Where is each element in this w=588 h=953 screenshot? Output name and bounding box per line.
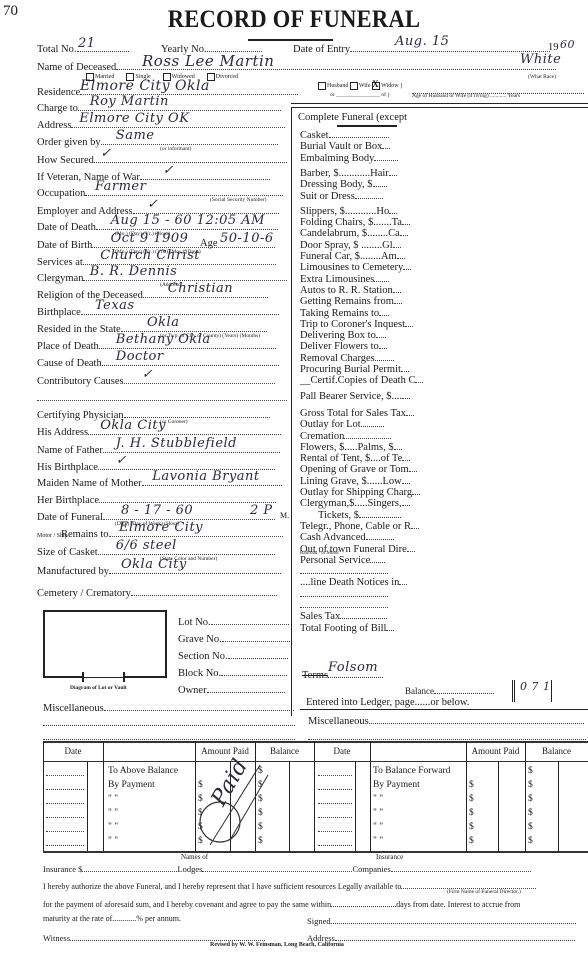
balance-currency[interactable]: $ (528, 808, 533, 818)
field-value[interactable]: Elmore City OK (79, 111, 189, 126)
field-label: Size of Casket (37, 547, 98, 558)
ledger-right-row-label[interactable]: " " (373, 808, 383, 818)
field-value[interactable]: Okla City (100, 418, 166, 433)
firm-caption: (Firm Name of Funeral Director.) (447, 889, 521, 895)
charge-item[interactable]: Total Footing of Bill (300, 621, 394, 635)
diagram-caption: Diagram of Lot or Vault (70, 685, 127, 691)
ledger-left-row-label[interactable]: " " (108, 808, 118, 818)
header-divider (291, 103, 588, 104)
date-entry-year-value[interactable]: 60 (560, 38, 575, 51)
col-rule (355, 761, 356, 851)
insurance-line[interactable]: Insurance $LodgesCompanies (43, 862, 531, 874)
charge-item-label: Pall Bearer Service, $.... (300, 391, 402, 402)
deceased-name-label: Name of Deceased (37, 62, 116, 73)
amount-currency[interactable]: $ (469, 794, 474, 804)
total-no-value[interactable]: 21 (78, 36, 96, 51)
diagram-leg (123, 672, 125, 682)
ledger-divider (300, 709, 588, 710)
col-date-right: Date (314, 746, 370, 756)
amount-currency[interactable]: $ (469, 780, 474, 790)
field-value[interactable]: Christian (168, 281, 233, 296)
field-value[interactable]: B. R. Dennis (90, 264, 178, 279)
ledger-header-rule (43, 761, 588, 762)
railroad-prefix: Railroad / or Motor (300, 551, 339, 556)
checkbox-widow[interactable]: Widow (372, 83, 398, 89)
address-field[interactable]: Address (307, 931, 575, 943)
ledger-right-row-label[interactable]: " " (373, 822, 383, 832)
field-value[interactable]: 6/6 steel (116, 538, 177, 553)
col-rule (498, 761, 499, 851)
field-label: Manufactured by (37, 566, 109, 577)
field-value[interactable]: Aug 15 - 60 12:05 AM (111, 213, 265, 228)
field-value[interactable]: Oct 9 1909 (111, 231, 189, 246)
field-value[interactable]: Elmore City (119, 520, 203, 535)
field-label: His Address (37, 427, 88, 438)
col-balance-right: Balance (525, 746, 588, 756)
field-label: Remains to (61, 529, 109, 540)
ledger-left-row-label[interactable]: " " (108, 822, 118, 832)
field-label: His Birthplace (37, 462, 98, 473)
charge-item-label: __Certif.Copies of Death C (300, 375, 415, 386)
date-cell[interactable] (46, 808, 84, 821)
charge-item-label: Total Footing of Bill (300, 623, 386, 634)
age-label: Age (200, 238, 218, 250)
field-value[interactable]: ✓ (116, 453, 127, 468)
misc-left-field[interactable]: Miscellaneous (43, 701, 294, 715)
field-row[interactable]: If Veteran, Name of War (37, 170, 270, 184)
diagram-gap (83, 672, 123, 677)
balance-currency[interactable]: $ (528, 822, 533, 832)
heading-underline (337, 125, 397, 127)
field-value[interactable]: J. H. Stubblefield (116, 436, 237, 451)
field-prefix: Motor / Ship (37, 530, 61, 542)
ledger-bottom-rule (43, 851, 588, 853)
date-cell[interactable] (318, 766, 352, 779)
signed-field[interactable]: Signed (307, 914, 576, 926)
col-date: Date (43, 746, 103, 756)
revised-credit: Revised by W. W. Feinsman, Long Beach, C… (210, 942, 344, 948)
residence-value[interactable]: Elmore City Okla (80, 78, 210, 94)
field-value[interactable]: Roy Martin (90, 94, 169, 109)
field-label: Resided in the State (37, 324, 121, 335)
field-label: Contributory Causes (37, 376, 124, 387)
checkbox-wife[interactable]: Wife (350, 83, 371, 89)
date-entry-value[interactable]: Aug. 15 (395, 34, 449, 49)
race-value[interactable]: White (520, 52, 561, 67)
owner-field[interactable]: Owner (178, 683, 285, 697)
age-value[interactable]: 50-10-6 (220, 231, 274, 246)
field-label: Address (37, 120, 71, 131)
col-rule (314, 741, 315, 851)
date-cell[interactable] (46, 822, 84, 835)
field-row[interactable]: Religion of the Deceased (37, 288, 268, 302)
field-caption: (Social Security Number) (210, 197, 267, 203)
date-cell[interactable] (46, 780, 84, 793)
field-value[interactable]: ✓ (100, 146, 111, 161)
field-label: Clergyman (37, 273, 83, 284)
col-rule (103, 741, 104, 851)
field-value[interactable]: Same (116, 128, 155, 143)
ledger-left-row-label[interactable]: " " (108, 794, 118, 804)
field-row[interactable]: Cemetery / Crematory (37, 586, 277, 600)
balance-currency[interactable]: $ (528, 836, 533, 846)
charge-item-label: Embalming Body (300, 153, 374, 164)
date-cell[interactable] (46, 794, 84, 807)
ledger-right-row-label[interactable]: " " (373, 794, 383, 804)
balance-rule (514, 680, 515, 702)
diagram-leg (82, 672, 84, 682)
companies-caption: Insurance (376, 853, 403, 861)
misc-line (43, 716, 295, 730)
balance-currency[interactable]: $ (528, 794, 533, 804)
complete-funeral-heading: Complete Funeral (except (298, 112, 407, 124)
amount-currency[interactable]: $ (469, 822, 474, 832)
title-underline (248, 39, 333, 41)
balance-rule (512, 680, 513, 702)
field-value[interactable]: Okla City (121, 557, 187, 572)
field-value[interactable]: Okla (147, 315, 179, 330)
hour-value[interactable]: 2 P (250, 503, 273, 518)
field-value[interactable]: Doctor (116, 349, 164, 364)
col-rule (466, 741, 467, 851)
date-cell[interactable] (318, 822, 352, 835)
col-rule (525, 741, 526, 851)
terms-value[interactable]: Folsom (328, 660, 378, 675)
field-label: Services at (37, 257, 83, 268)
field-caption: (or informant) (160, 146, 191, 152)
col-rule (289, 761, 290, 851)
charge-item[interactable]: Pall Bearer Service, $.... (300, 389, 410, 403)
col-rule (558, 761, 559, 851)
age-spouse-caption: Age of Husband or Wife (if living) .....… (412, 93, 520, 99)
field-label: Cause of Death (37, 358, 102, 369)
field-value[interactable]: 8 - 17 - 60 (121, 503, 193, 518)
balance-field: Balance (405, 684, 494, 697)
ledger-top-rule (43, 741, 588, 743)
field-label: Birthplace (37, 307, 81, 318)
ledger-left-row-label[interactable]: By Payment (108, 780, 155, 790)
authorization-line-2: for the payment of aforesaid sum, and I … (43, 897, 520, 909)
field-label: How Secured (37, 155, 94, 166)
balance-value[interactable]: 0 7 1 (520, 680, 551, 693)
checkbox-divorced[interactable]: Divorced (207, 74, 238, 80)
field-label: Date of Funeral (37, 512, 103, 523)
total-no-label: Total No. (37, 44, 77, 55)
lot-diagram-box (43, 610, 167, 678)
field-label: Maiden Name of Mother (37, 478, 142, 489)
ledger-right-row-label[interactable]: " " (373, 836, 383, 846)
balance-rule (551, 680, 552, 702)
interest-rate-line[interactable]: maturity at the rate of............% per… (43, 914, 181, 923)
date-cell[interactable] (318, 836, 352, 849)
date-entry-label: Date of Entry (293, 44, 350, 55)
ledger-right-row-label[interactable]: By Payment (373, 780, 420, 790)
col-rule (370, 741, 371, 851)
date-cell[interactable] (318, 794, 352, 807)
field-label: Date of Death (37, 222, 96, 233)
charge-item[interactable]: Embalming Body (300, 151, 398, 165)
field-value[interactable]: ✓ (147, 197, 158, 212)
field-label: Charge to (37, 103, 78, 114)
col-amount-paid: Amount Paid (195, 746, 255, 756)
field-value[interactable]: Texas (95, 298, 135, 313)
deceased-name-value[interactable]: Ross Lee Martin (142, 52, 274, 70)
charge-item-label: Suit or Dress (300, 191, 355, 202)
meridiem: M. (280, 510, 289, 522)
col-rule (87, 761, 88, 851)
lodges-caption: Names of (181, 853, 208, 861)
field-value[interactable]: Church Christ (100, 248, 200, 263)
field-row[interactable] (37, 391, 287, 405)
document-title: RECORD OF FUNERAL (29, 6, 558, 34)
field-value[interactable]: ✓ (163, 163, 174, 178)
misc-right-field[interactable]: Miscellaneous (308, 714, 584, 728)
col-balance: Balance (255, 746, 314, 756)
block-no-field[interactable]: Block No. (178, 666, 287, 680)
date-cell[interactable] (46, 766, 84, 779)
col-rule (43, 741, 44, 851)
grave-no-field[interactable]: Grave No. (178, 632, 290, 646)
amount-currency[interactable]: $ (469, 808, 474, 818)
spouse-or-of: or ________________ of } (330, 92, 390, 98)
ledger-left-row-label[interactable]: To Above Balance (108, 766, 178, 776)
charge-item[interactable]: Suit or Dress (300, 189, 383, 203)
ledger-right-row-label[interactable]: To Balance Forward (373, 766, 450, 776)
lot-no-field[interactable]: Lot No. (178, 615, 289, 629)
race-caption: (What Race) (528, 74, 556, 80)
section-no-field[interactable]: Section No. (178, 649, 288, 663)
field-value[interactable]: Farmer (95, 179, 146, 194)
ledger-left-row-label[interactable]: " " (108, 836, 118, 846)
date-cell[interactable] (318, 808, 352, 821)
balance-currency[interactable]: $ (528, 766, 533, 776)
field-label: Occupation (37, 188, 85, 199)
deceased-name-field: Name of Deceased (37, 60, 556, 74)
balance-currency[interactable]: $ (528, 780, 533, 790)
field-label: Her Birthplace (37, 495, 99, 506)
date-cell[interactable] (318, 780, 352, 793)
spouse-options: Husband Wife Widow } (318, 82, 403, 90)
field-label: Cemetery / Crematory (37, 588, 131, 599)
field-label: Order given by (37, 137, 101, 148)
col-amount-paid-right: Amount Paid (466, 746, 525, 756)
field-label: Name of Father (37, 445, 103, 456)
date-cell[interactable] (46, 836, 84, 849)
residence-label: Residence (37, 87, 80, 98)
field-label: Date of Birth (37, 240, 92, 251)
field-row[interactable]: Order given by (37, 135, 278, 149)
paid-stamp-icon (190, 760, 270, 850)
field-value[interactable]: Lavonia Bryant (152, 469, 259, 484)
charge-item[interactable]: __Certif.Copies of Death C (300, 373, 423, 387)
field-value[interactable]: Bethany Okla (116, 332, 211, 347)
page-number: 70 (3, 3, 18, 20)
field-label: Place of Death (37, 341, 99, 352)
field-value[interactable]: ✓ (142, 367, 153, 382)
ledger-entry-line[interactable]: Entered into Ledger, page......or below. (306, 697, 469, 709)
field-row[interactable]: Contributory Causes (37, 374, 275, 388)
amount-currency[interactable]: $ (469, 836, 474, 846)
checkbox-husband[interactable]: Husband (318, 83, 348, 89)
